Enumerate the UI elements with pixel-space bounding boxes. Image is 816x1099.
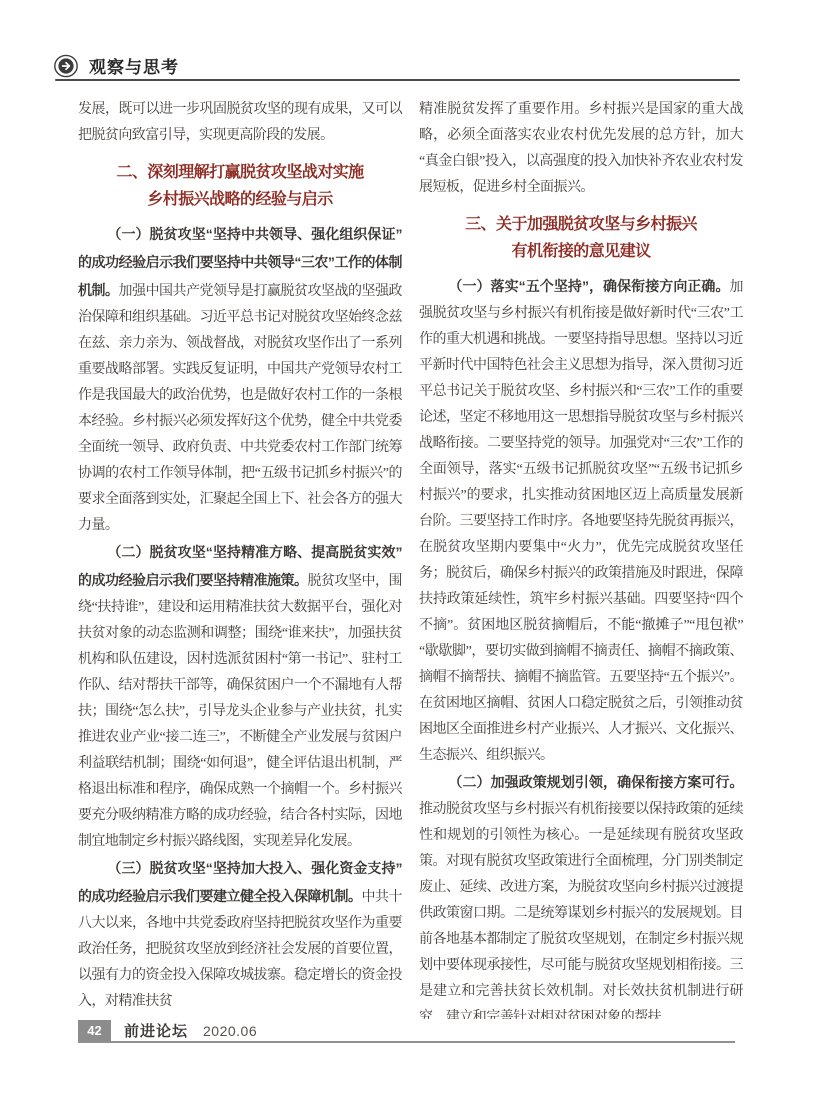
journal-page: 观察与思考 发展，既可以进一步巩固脱贫攻坚的现有成果，又可以把脱贫向致富引导，实… — [0, 0, 816, 1099]
paragraph: （一）落实“五个坚持”，确保衔接方向正确。加强脱贫攻坚与乡村振兴有机衔接是做好新… — [419, 273, 743, 769]
paragraph-text: 中共十八大以来，各地中共党委政府坚持把脱贫攻坚作为重要政治任务，把脱贫攻坚放到经… — [78, 890, 402, 1009]
paragraph: （一）脱贫攻坚“坚持中共领导、强化组织保证”的成功经验启示我们要坚持中共领导“三… — [78, 221, 402, 539]
journal-name: 前进论坛 — [124, 1020, 188, 1041]
paragraph-continuation: 精准脱贫发挥了重要作用。乡村振兴是国家的重大战略，必须全面落实农业农村优先发展的… — [419, 97, 743, 201]
section-heading-line: 三、关于加强脱贫攻坚与乡村振兴 — [419, 211, 743, 238]
issue-label: 2020.06 — [203, 1023, 257, 1039]
paragraph-text: 精准脱贫发挥了重要作用。乡村振兴是国家的重大战略，必须全面落实农业农村优先发展的… — [419, 102, 743, 195]
paragraph-text: 加强中国共产党领导是打赢脱贫攻坚战的坚强政治保障和组织基础。习近平总书记对脱贫攻… — [78, 284, 402, 533]
arrow-right-circle-icon — [54, 54, 78, 78]
paragraph-text: 加强脱贫攻坚与乡村振兴有机衔接是做好新时代“三农”工作的重大机遇和挑战。一要坚持… — [419, 280, 743, 763]
page-number-badge: 42 — [78, 1020, 111, 1041]
paragraph: （三）脱贫攻坚“坚持加大投入、强化资金支持”的成功经验启示我们要建立健全投入保障… — [78, 855, 402, 1015]
paragraph-text: 推动脱贫攻坚与乡村振兴有机衔接要以保持政策的延续性和规划的引领性为核心。一是延续… — [419, 802, 743, 1019]
paragraph-lead: （三）脱贫攻坚“坚持加大投入、强化资金支持”的成功经验启示我们要建立健全投入保障… — [78, 860, 402, 904]
left-column: 发展，既可以进一步巩固脱贫攻坚的现有成果，又可以把脱贫向致富引导，实现更高阶段的… — [78, 97, 402, 1019]
paragraph-continuation: 发展，既可以进一步巩固脱贫攻坚的现有成果，又可以把脱贫向致富引导，实现更高阶段的… — [78, 97, 402, 149]
page-footer: 42 前进论坛 2020.06 — [78, 1020, 257, 1041]
header-divider — [55, 79, 740, 81]
paragraph: （二）加强政策规划引领，确保衔接方案可行。推动脱贫攻坚与乡村振兴有机衔接要以保持… — [419, 769, 743, 1019]
section-heading-3: 三、关于加强脱贫攻坚与乡村振兴 有机衔接的意见建议 — [419, 211, 743, 265]
paragraph: （二）脱贫攻坚“坚持精准方略、提高脱贫实效”的成功经验启示我们要坚持精准施策。脱… — [78, 539, 402, 855]
paragraph-text: 发展，既可以进一步巩固脱贫攻坚的现有成果，又可以把脱贫向致富引导，实现更高阶段的… — [78, 102, 402, 143]
paragraph-lead: （一）落实“五个坚持”，确保衔接方向正确。 — [448, 278, 729, 294]
paragraph-text: 脱贫攻坚中，围绕“扶持谁”，建设和运用精准扶贫大数据平台，强化对扶贫对象的动态监… — [78, 574, 402, 849]
paragraph-lead: （二）加强政策规划引领，确保衔接方案可行。 — [448, 774, 743, 790]
section-heading-line: 乡村振兴战略的经验与启示 — [78, 186, 402, 213]
section-heading-line: 有机衔接的意见建议 — [419, 238, 743, 265]
section-heading-line: 二、深刻理解打赢脱贫攻坚战对实施 — [78, 159, 402, 186]
section-heading-2: 二、深刻理解打赢脱贫攻坚战对实施 乡村振兴战略的经验与启示 — [78, 159, 402, 213]
right-column: 精准脱贫发挥了重要作用。乡村振兴是国家的重大战略，必须全面落实农业农村优先发展的… — [419, 97, 743, 1019]
column-section-label: 观察与思考 — [89, 53, 179, 78]
footer-divider — [78, 1041, 735, 1043]
